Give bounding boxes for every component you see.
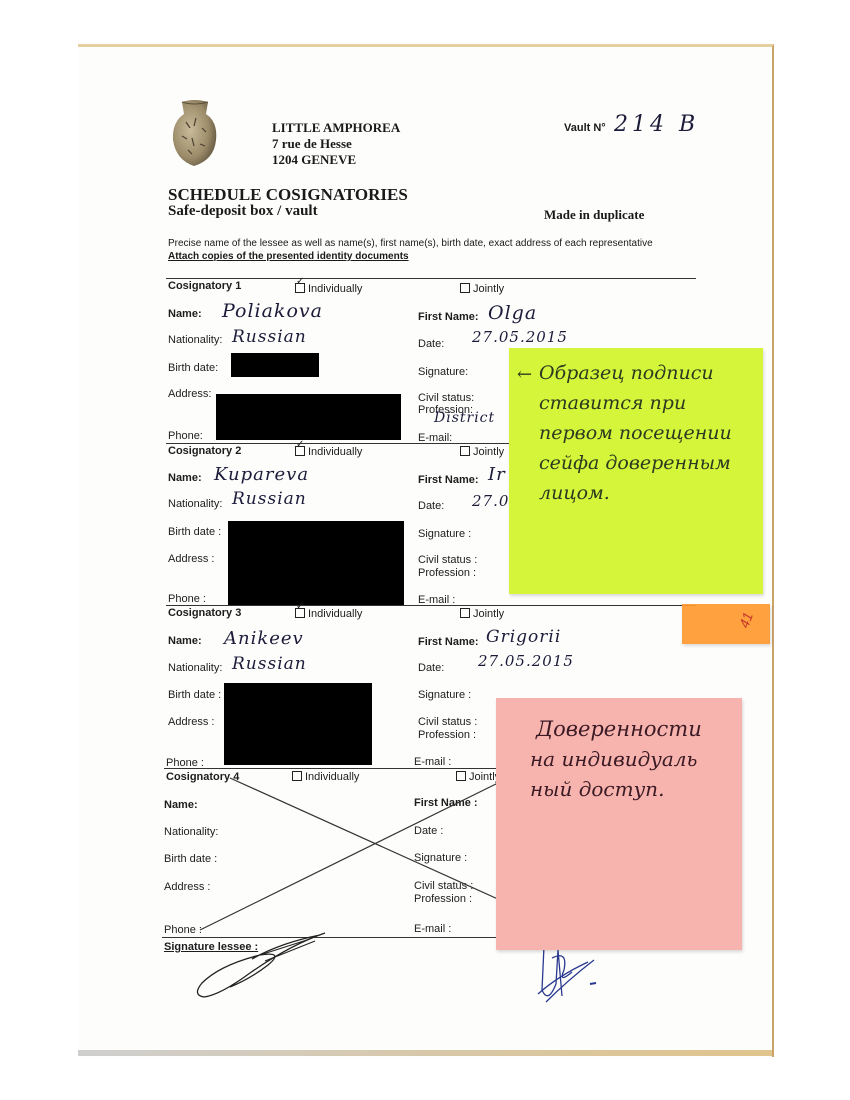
cosignatory-1-individually[interactable]: Individually (295, 283, 362, 295)
cosignatory-2-nationality: Russian (232, 489, 307, 509)
signature-label: Signature: (418, 366, 468, 378)
checkbox-icon[interactable] (460, 608, 470, 618)
civil-status-label: Civil status : (418, 716, 477, 728)
checkbox-checked-icon[interactable] (295, 608, 305, 618)
green-note-line-2: ставится при (539, 388, 686, 418)
bank-signature (528, 940, 608, 1010)
redacted-personal-details (228, 521, 404, 605)
checkbox-icon[interactable] (460, 446, 470, 456)
vault-number: 214 B (614, 112, 699, 137)
address-label: Address : (168, 716, 214, 728)
signature-label: Signature : (418, 528, 471, 540)
note-arrow-icon: ← (517, 360, 532, 390)
cosignatory-1-jointly[interactable]: Jointly (460, 283, 504, 295)
pink-note-line-3: ный доступ. (530, 774, 664, 804)
company-address-line2: 1204 GENEVE (272, 152, 356, 168)
instructions-text: Precise name of the lessee as well as na… (168, 238, 653, 249)
orange-tab-mark: 41 (736, 610, 756, 630)
green-note-line-3: первом посещении (539, 418, 732, 448)
pink-sticky-note: Доверенности на индивидуаль ный доступ. (496, 698, 742, 950)
first-name-label: First Name: (418, 636, 479, 648)
cosignatory-1-nationality: Russian (232, 327, 307, 347)
cosignatory-2-heading: Cosignatory 2 (168, 445, 241, 457)
name-label: Name: (168, 308, 202, 320)
cosignatory-3-date: 27.05.2015 (478, 652, 574, 670)
redacted-personal-details (224, 683, 372, 765)
green-note-line-1: Образец подписи (539, 358, 714, 388)
date-label: Date: (418, 338, 444, 350)
company-name: LITTLE AMPHOREA (272, 120, 400, 136)
pink-note-line-2: на индивидуаль (530, 744, 697, 774)
first-name-label: First Name: (418, 311, 479, 323)
divider (166, 605, 696, 606)
checkbox-checked-icon[interactable] (295, 283, 305, 293)
address-label: Address : (168, 553, 214, 565)
cosignatory-3-individually[interactable]: Individually (295, 608, 362, 620)
cosignatory-1-profession-fragment: District (434, 410, 495, 426)
nationality-label: Nationality: (168, 334, 222, 346)
date-label: Date: (418, 662, 444, 674)
birth-date-label: Birth date : (168, 689, 221, 701)
cosignatory-2-first-name: Ir (488, 464, 506, 485)
green-note-line-4: сейфа доверенным (539, 448, 731, 478)
made-in-duplicate: Made in duplicate (544, 207, 644, 223)
cosignatory-1-date: 27.05.2015 (472, 328, 568, 346)
first-name-label: First Name: (418, 474, 479, 486)
name-label: Name: (168, 635, 202, 647)
lessee-signature (190, 925, 340, 1005)
cross-out-mark (160, 760, 510, 950)
cosignatory-3-jointly[interactable]: Jointly (460, 608, 504, 620)
cosignatory-2-individually[interactable]: Individually (295, 446, 362, 458)
nationality-label: Nationality: (168, 662, 222, 674)
cosignatory-1-heading: Cosignatory 1 (168, 280, 241, 292)
civil-status-label: Civil status: (418, 392, 474, 404)
cosignatory-3-first-name: Grigorii (486, 627, 561, 647)
cosignatory-2-jointly[interactable]: Jointly (460, 446, 504, 458)
name-label: Name: (168, 472, 202, 484)
cosignatory-1-name: Poliakova (222, 300, 323, 322)
profession-label: Profession : (418, 567, 476, 579)
vault-label: Vault N° (564, 122, 606, 134)
orange-index-tab: 41 (682, 604, 770, 644)
checkbox-checked-icon[interactable] (295, 446, 305, 456)
birth-date-label: Birth date: (168, 362, 218, 374)
page-bottom-edge (78, 1050, 772, 1056)
nationality-label: Nationality: (168, 498, 222, 510)
company-address-line1: 7 rue de Hesse (272, 136, 352, 152)
amphora-logo-icon (168, 98, 220, 168)
redacted-address (216, 394, 401, 440)
cosignatory-2-name: Kupareva (214, 464, 309, 485)
page-subtitle: Safe-deposit box / vault (168, 203, 318, 220)
birth-date-label: Birth date : (168, 526, 221, 538)
profession-label: Profession : (418, 729, 476, 741)
cosignatory-1-first-name: Olga (488, 302, 537, 324)
cosignatory-3-nationality: Russian (232, 654, 307, 674)
cosignatory-3-heading: Cosignatory 3 (168, 607, 241, 619)
page-title: SCHEDULE COSIGNATORIES (168, 185, 408, 205)
address-label: Address: (168, 388, 211, 400)
pink-note-line-1: Доверенности (536, 714, 702, 744)
attach-notice: Attach copies of the presented identity … (168, 251, 409, 262)
redacted-birth-date (231, 353, 319, 377)
green-note-line-5: лицом. (539, 478, 610, 508)
phone-label: Phone: (168, 430, 203, 442)
signature-label: Signature : (418, 689, 471, 701)
phone-label: Phone : (168, 593, 206, 605)
green-sticky-note: ← Образец подписи ставится при первом по… (509, 348, 763, 594)
cosignatory-3-name: Anikeev (224, 628, 304, 649)
divider (166, 278, 696, 279)
checkbox-icon[interactable] (460, 283, 470, 293)
civil-status-label: Civil status : (418, 554, 477, 566)
date-label: Date: (418, 500, 444, 512)
